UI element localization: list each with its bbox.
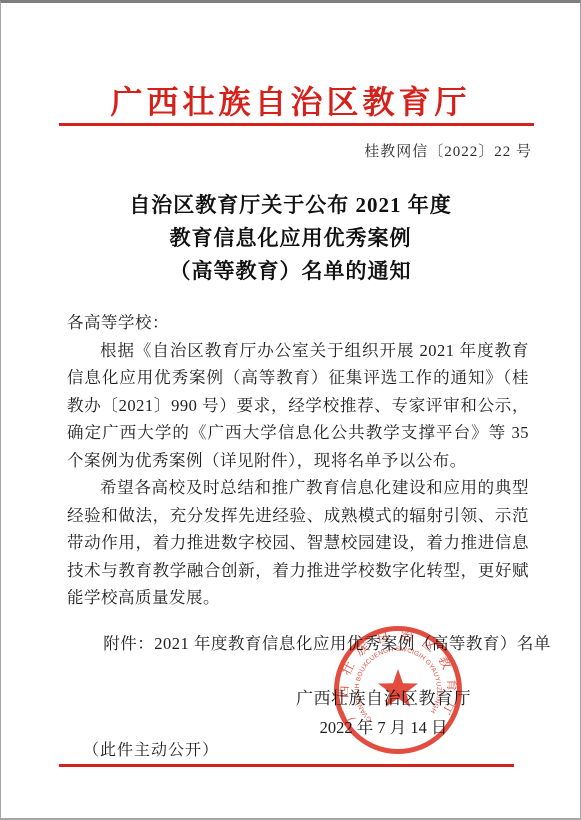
document-title-line3: （高等教育）名单的通知: [1, 255, 580, 288]
agency-masthead: 广西壮族自治区教育厅: [1, 77, 580, 123]
masthead-divider-rule: [59, 123, 534, 126]
body-paragraph-2: 希望各高校及时总结和推广教育信息化建设和应用的典型经验和做法，充分发挥先进经验、…: [67, 474, 529, 612]
document-title: 自治区教育厅关于公布 2021 年度 教育信息化应用优秀案例 （高等教育）名单的…: [1, 189, 580, 288]
signature-date: 2022 年 7 月 14 日: [296, 713, 471, 742]
attachment-reference: 附件：2021 年度教育信息化应用优秀案例（高等教育）名单: [67, 630, 537, 654]
footer-divider-rule: [59, 764, 514, 767]
official-document-page: 广西壮族自治区教育厅 桂教网信〔2022〕22 号 自治区教育厅关于公布 202…: [0, 0, 581, 820]
document-title-line2: 教育信息化应用优秀案例: [1, 222, 580, 255]
body-paragraph-1: 根据《自治区教育厅办公室关于组织开展 2021 年度教育信息化应用优秀案例（高等…: [67, 337, 529, 475]
document-number: 桂教网信〔2022〕22 号: [364, 140, 532, 161]
salutation: 各高等学校：: [67, 309, 529, 337]
signature-agency: 广西壮族自治区教育厅: [296, 684, 471, 713]
disclosure-note: （此件主动公开）: [83, 737, 219, 760]
signature-block: 广西壮族自治区教育厅 2022 年 7 月 14 日: [296, 684, 471, 742]
document-body: 各高等学校： 根据《自治区教育厅办公室关于组织开展 2021 年度教育信息化应用…: [67, 309, 529, 612]
document-title-line1: 自治区教育厅关于公布 2021 年度: [1, 189, 580, 222]
